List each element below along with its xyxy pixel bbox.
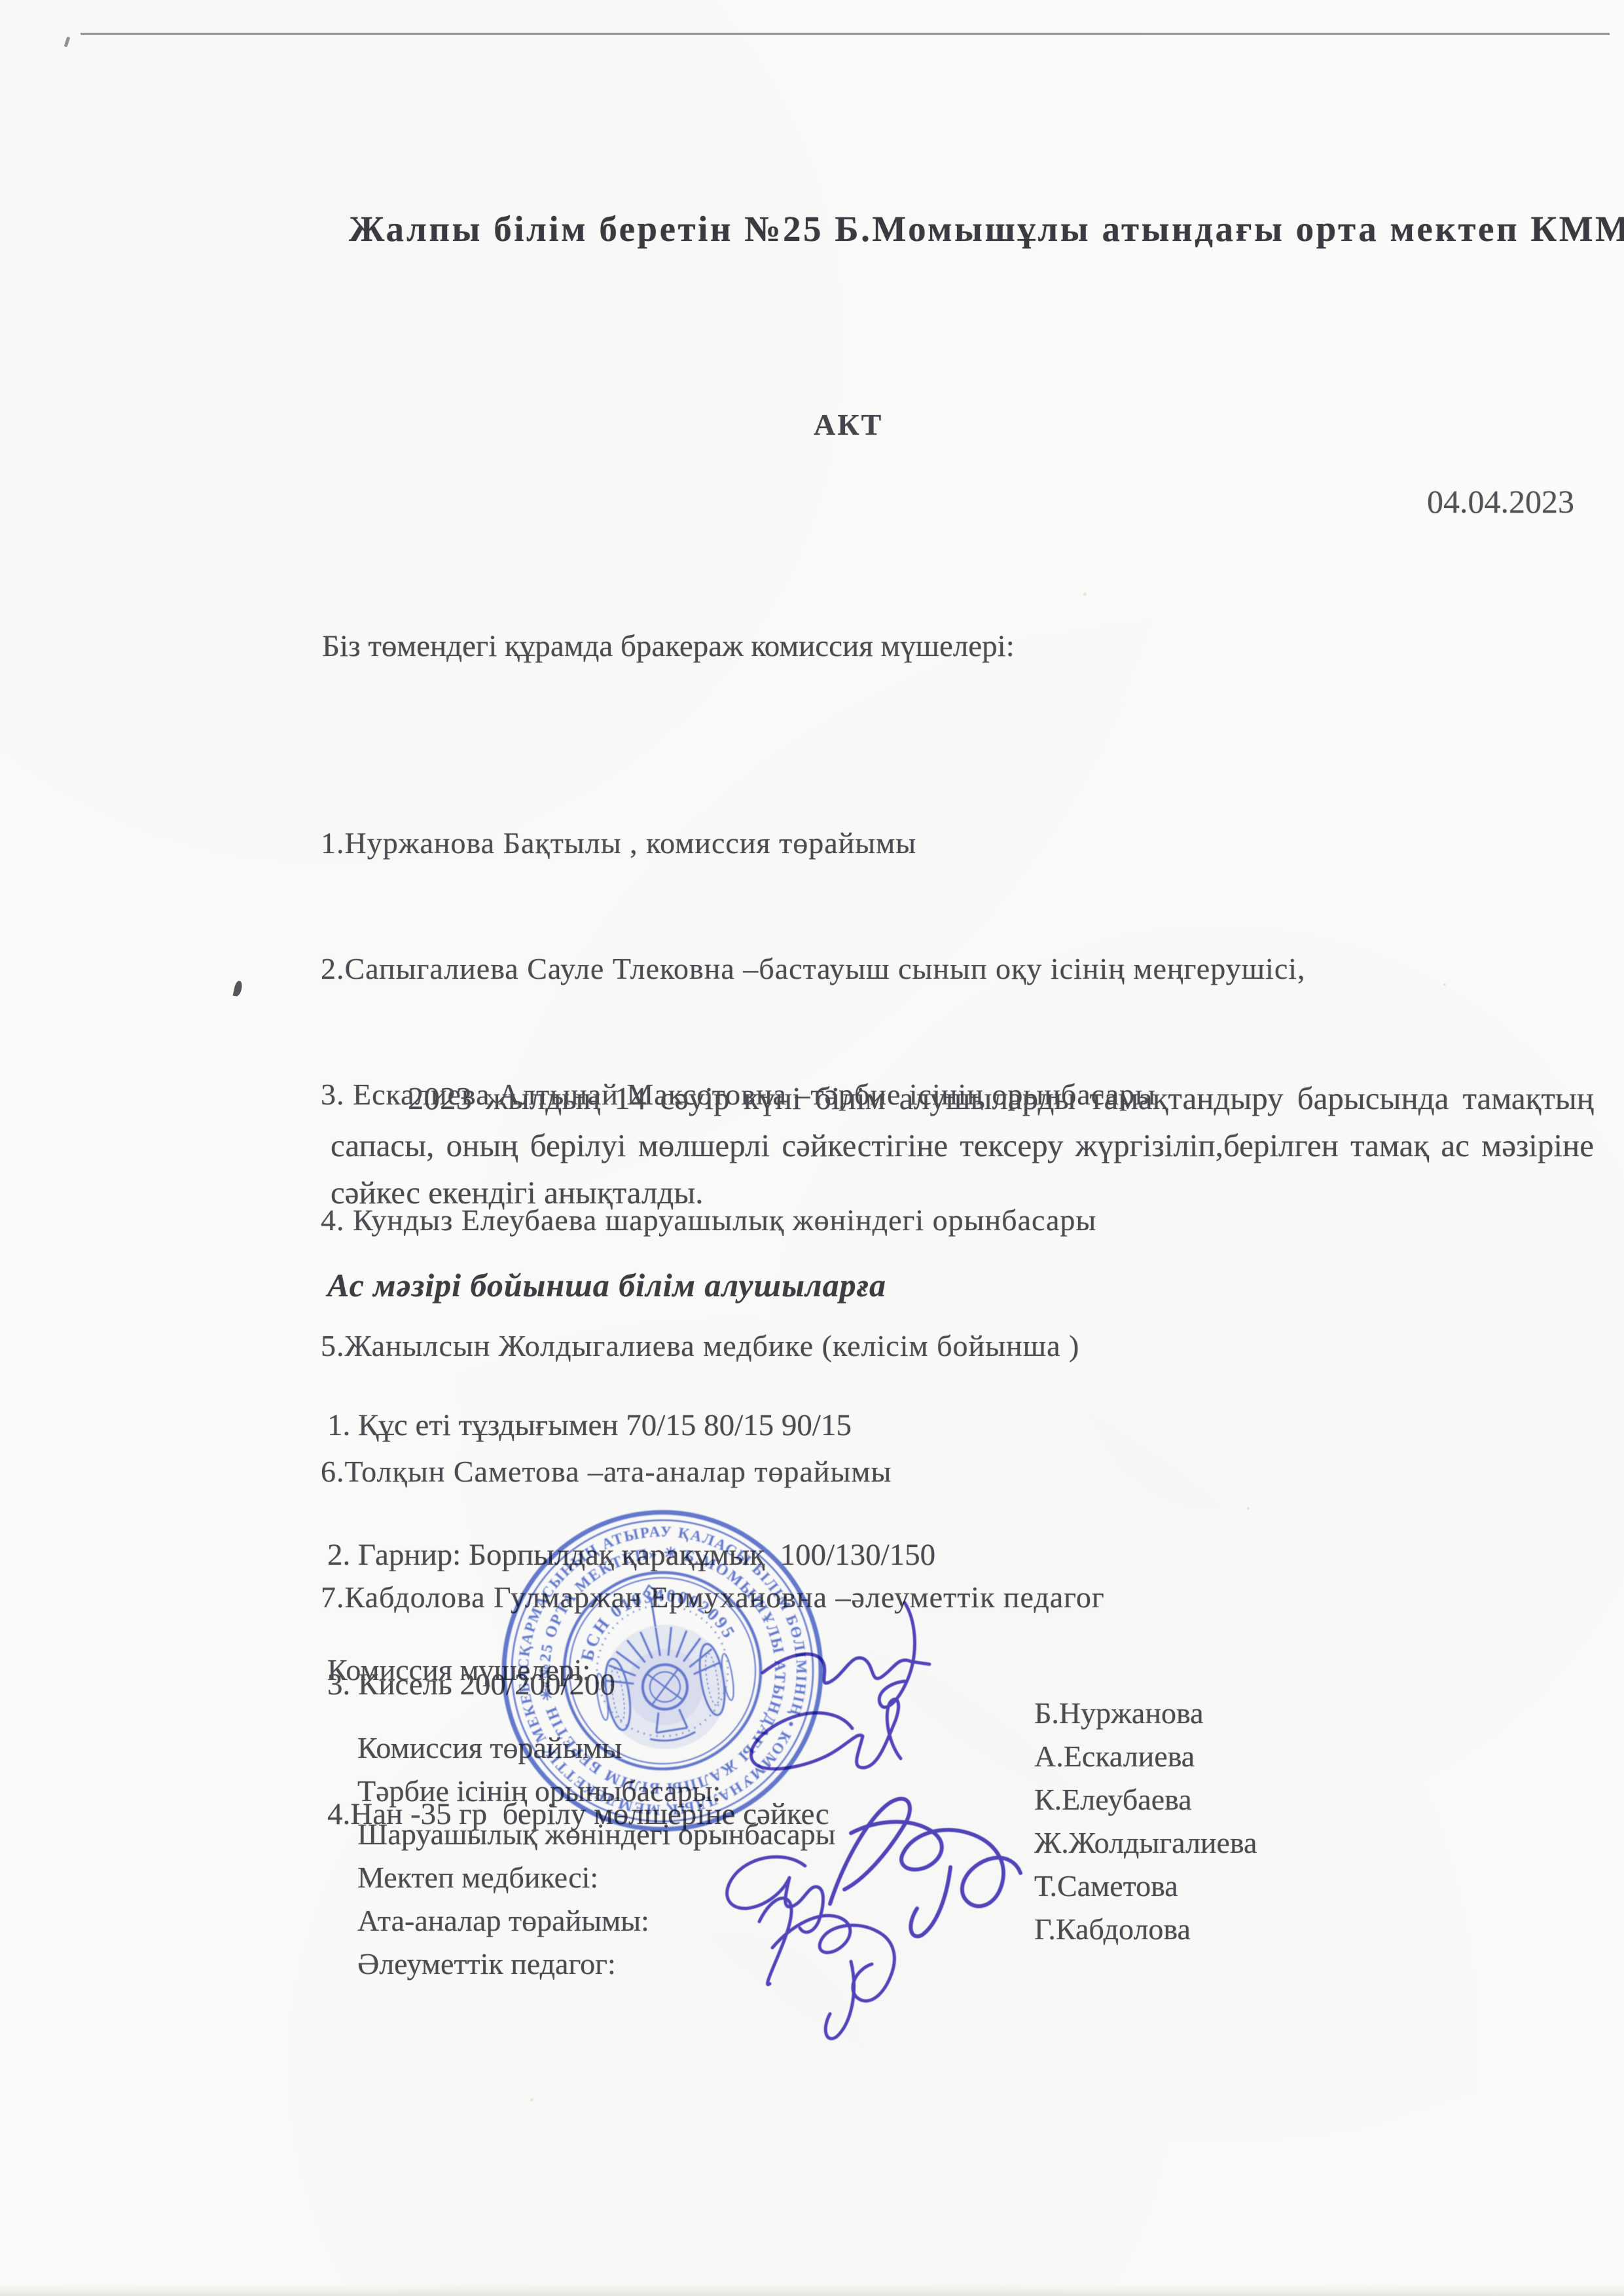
handwritten-signatures xyxy=(0,0,1624,2296)
signature-kabdolova xyxy=(759,1898,894,2039)
signature-zholdygalieva xyxy=(830,1798,1020,1936)
signature-nurzhanova xyxy=(763,1603,929,1707)
signature-eskalieva xyxy=(751,1699,901,1769)
paper-bottom-edge xyxy=(0,2284,1624,2296)
scanned-document-page: Жалпы білім беретін №25 Б.Момышұлы атынд… xyxy=(0,0,1624,2296)
